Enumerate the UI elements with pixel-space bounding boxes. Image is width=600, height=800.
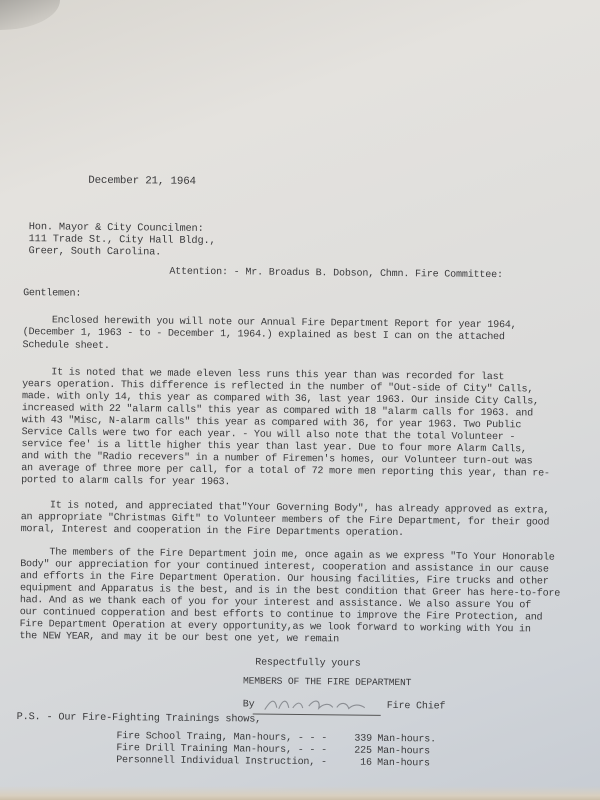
organization-name: MEMBERS OF THE FIRE DEPARTMENT (243, 675, 411, 689)
training-value-1: 339 (354, 734, 372, 746)
letter-date: December 21, 1964 (88, 175, 196, 188)
page-bottom-edge (0, 786, 600, 800)
handwritten-signature-icon (261, 696, 371, 715)
closing: Respectfully yours (255, 658, 360, 671)
attention-line: Attention: - Mr. Broadus B. Dobson, Chmn… (169, 267, 503, 282)
signer-title: Fire Chief (387, 701, 446, 714)
training-unit-1: Man-hours. (377, 734, 436, 747)
p2-line-10: ported to alarm calls for year 1963. (21, 475, 230, 489)
p1-line-3: Schedule sheet. (22, 340, 109, 353)
postscript: P.S. - Our Fire-Fighting Trainings shows… (17, 712, 262, 727)
training-list: Fire School Traing, Man-hours, - - - 339… (4, 0, 600, 3)
training-value-3: 16 (360, 758, 372, 770)
salutation: Gentlemen: (23, 288, 81, 301)
training-value-2: 225 (354, 746, 372, 758)
signature-line (253, 700, 381, 716)
letter-page: December 21, 1964 Hon. Mayor & City Coun… (0, 0, 600, 800)
training-unit-2: Man-hours (377, 746, 430, 759)
training-label-3: Personnell Individual Instruction, - (116, 755, 327, 769)
p4-line-8: the NEW YEAR, and may it be our best one… (19, 631, 339, 646)
recipient-line-3: Greer, South Carolina. (28, 245, 161, 258)
training-unit-3: Man-hours (377, 758, 430, 771)
